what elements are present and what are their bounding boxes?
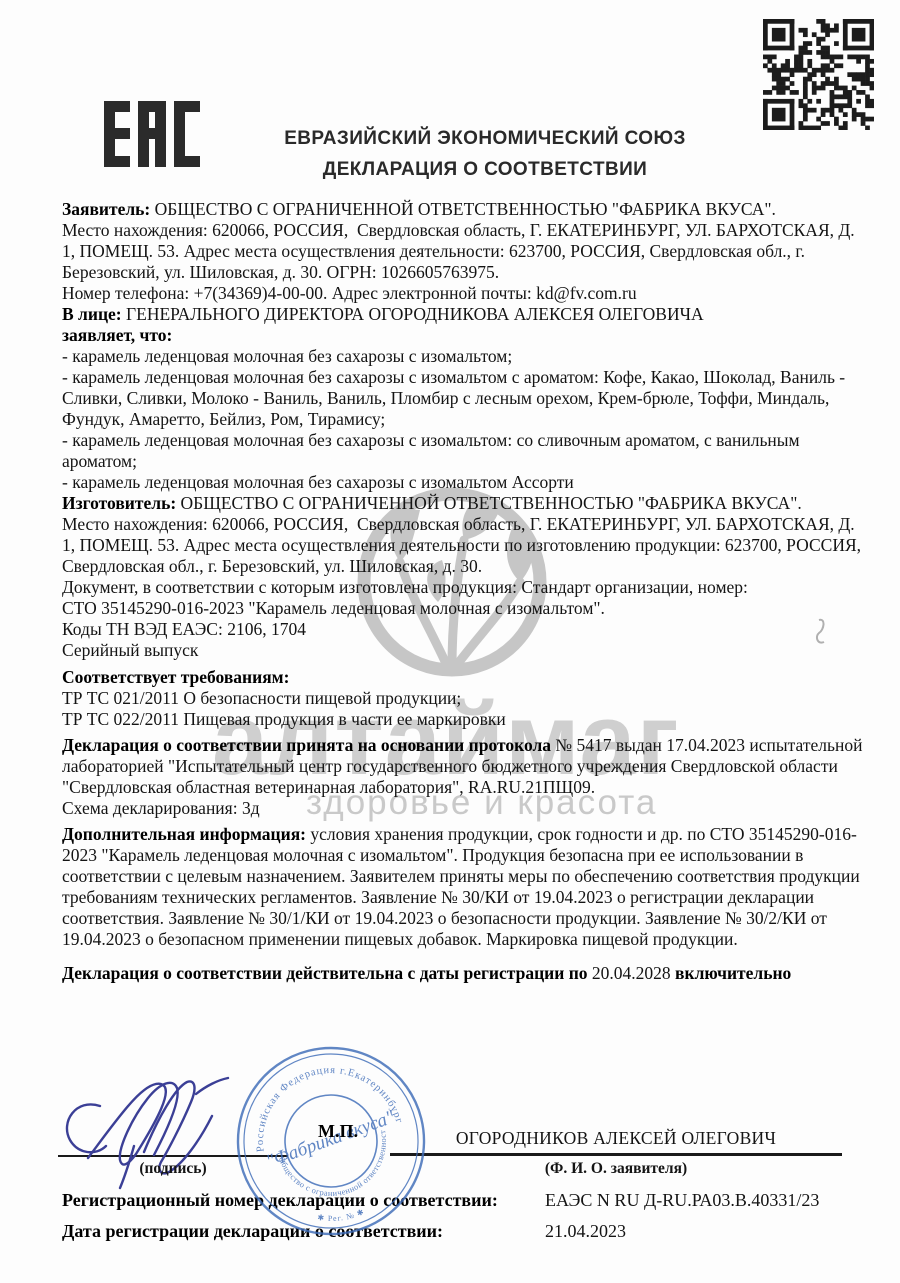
registration-row: Регистрационный номер декларации о соотв… (62, 1190, 874, 1211)
doc-line: Свердловская обл., г. Березовский, ул. Ш… (62, 556, 874, 577)
doc-line: требованиям технических регламентов. Зая… (62, 887, 874, 908)
registration-value: 21.04.2023 (545, 1221, 874, 1242)
svg-text:✱ Рег. № ✱: ✱ Рег. № ✱ (315, 1202, 367, 1229)
doc-line: соответствии с целевым назначением. Заяв… (62, 866, 874, 887)
doc-line: Декларация о соответствии принята на осн… (62, 735, 874, 756)
document-title: ДЕКЛАРАЦИЯ О СООТВЕТСТВИИ (70, 159, 900, 181)
doc-line: Фундук, Амаретто, Бейлиз, Ром, Тирамису; (62, 409, 874, 430)
para-requirements: Соответствует требованиям:ТР ТС 021/2011… (62, 667, 874, 730)
doc-line: - карамель леденцовая молочная без сахар… (62, 367, 874, 388)
para-additional: Дополнительная информация: условия хране… (62, 824, 874, 950)
doc-line: 1, ПОМЕЩ. 53. Адрес места осуществления … (62, 241, 874, 262)
doc-line: лабораторией "Испытательный центр госуда… (62, 756, 874, 777)
applicant-name-line (390, 1153, 842, 1156)
doc-line: ароматом; (62, 451, 874, 472)
para-protocol: Декларация о соответствии принята на осн… (62, 735, 874, 819)
para-validity: Декларация о соответствии действительна … (62, 963, 874, 984)
doc-line: Заявитель: ОБЩЕСТВО С ОГРАНИЧЕННОЙ ОТВЕТ… (62, 199, 874, 220)
applicant-caption: (Ф. И. О. заявителя) (390, 1160, 842, 1178)
para-manufacturer: Изготовитель: ОБЩЕСТВО С ОГРАНИЧЕННОЙ ОТ… (62, 493, 874, 661)
doc-line: - карамель леденцовая молочная без сахар… (62, 472, 874, 493)
qr-code (763, 19, 874, 130)
doc-line: Документ, в соответствии с которым изгот… (62, 577, 874, 598)
doc-line: Номер телефона: +7(34369)4-00-00. Адрес … (62, 283, 874, 304)
registration-row: Дата регистрации декларации о соответств… (62, 1221, 874, 1242)
doc-line: "Свердловская областная ветеринарная лаб… (62, 777, 874, 798)
doc-line: ТР ТС 021/2011 О безопасности пищевой пр… (62, 688, 874, 709)
doc-line: 19.04.2023 о безопасном применении пищев… (62, 929, 874, 950)
stamp-reg-text: ✱ Рег. № ✱ (315, 1202, 367, 1229)
declaration-document: алтаймаг здоровье и красота ЕВРАЗИЙСКИЙ … (0, 0, 900, 1283)
doc-line: Серийный выпуск (62, 640, 874, 661)
para-declares: заявляет, что:- карамель леденцовая моло… (62, 325, 874, 493)
doc-line: СТО 35145290-016-2023 "Карамель леденцов… (62, 598, 874, 619)
doc-line: Место нахождения: 620066, РОССИЯ, Свердл… (62, 514, 874, 535)
stamp-place-label: М.П. (318, 1121, 358, 1142)
doc-line: заявляет, что: (62, 325, 874, 346)
doc-line: 2023 "Карамель леденцовая молочная с изо… (62, 845, 874, 866)
signature-caption: (подпись) (58, 1160, 288, 1178)
doc-line: Дополнительная информация: условия хране… (62, 824, 874, 845)
doc-line: Березовский, ул. Шиловская, д. 30. ОГРН:… (62, 262, 874, 283)
doc-line: Коды ТН ВЭД ЕАЭС: 2106, 1704 (62, 619, 874, 640)
doc-line: Схема декларирования: 3д (62, 798, 874, 819)
doc-line: - карамель леденцовая молочная без сахар… (62, 430, 874, 451)
doc-line: Сливки, Сливки, Молоко - Ваниль, Ваниль,… (62, 388, 874, 409)
doc-line: - карамель леденцовая молочная без сахар… (62, 346, 874, 367)
doc-line: Соответствует требованиям: (62, 667, 874, 688)
doc-line: 1, ПОМЕЩ. 53. Адрес места осуществления … (62, 535, 874, 556)
doc-line: Изготовитель: ОБЩЕСТВО С ОГРАНИЧЕННОЙ ОТ… (62, 493, 874, 514)
registration-section: Регистрационный номер декларации о соотв… (62, 1190, 874, 1252)
doc-line: соответствия. Заявление № 30/1/КИ от 19.… (62, 908, 874, 929)
union-title: ЕВРАЗИЙСКИЙ ЭКОНОМИЧЕСКИЙ СОЮЗ (70, 128, 900, 150)
doc-line: В лице: ГЕНЕРАЛЬНОГО ДИРЕКТОРА ОГОРОДНИК… (62, 304, 874, 325)
doc-line: ТР ТС 022/2011 Пищевая продукция в части… (62, 709, 874, 730)
applicant-name: ОГОРОДНИКОВ АЛЕКСЕЙ ОЛЕГОВИЧ (390, 1128, 842, 1149)
para-applicant: Заявитель: ОБЩЕСТВО С ОГРАНИЧЕННОЙ ОТВЕТ… (62, 199, 874, 325)
registration-value: ЕАЭС N RU Д-RU.РА03.В.40331/23 (545, 1190, 874, 1211)
doc-line: Декларация о соответствии действительна … (62, 963, 874, 984)
document-body: Заявитель: ОБЩЕСТВО С ОГРАНИЧЕННОЙ ОТВЕТ… (62, 199, 874, 984)
doc-line: Место нахождения: 620066, РОССИЯ, Свердл… (62, 220, 874, 241)
